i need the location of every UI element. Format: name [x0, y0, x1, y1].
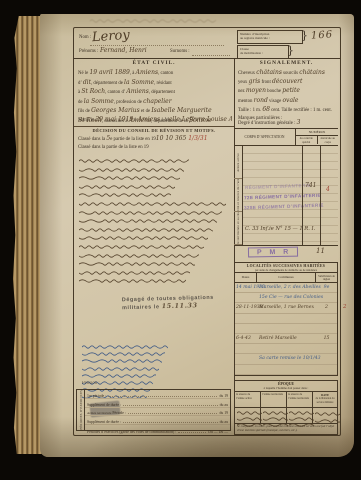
periodes-row: Supplément de durée :du au [85, 399, 230, 408]
handwritten-text: dit [83, 79, 91, 86]
epoque-entry-date [315, 411, 333, 425]
matricule-label: matricule au corps [318, 136, 339, 144]
corps-main-cell: Régiment d’Infanterie 72e Régiment d’Inf… [243, 146, 302, 245]
side-territoriale: Armée territoriale et sa réserve [234, 212, 242, 245]
corps-col-label: CORPS D’AFFECTATION [245, 135, 285, 139]
printed-text: , profession de [114, 100, 143, 105]
localites-commune [257, 365, 316, 374]
localites-date [235, 293, 257, 302]
printed-text: fils de [78, 109, 91, 114]
handwritten-text: Isabelle Marguerite [151, 107, 211, 114]
localites-date [235, 324, 257, 333]
periodes-side-label: PÉRIODES D’EXERCICES [79, 390, 83, 430]
localites-commune: Marseille, 1 rue Bernex [257, 303, 316, 312]
printed-text: Né le [78, 71, 89, 76]
handwriting-scribble [79, 210, 222, 216]
epoque-header: ÉPOQUE à laquelle l’homme doit passer da… [235, 381, 337, 392]
epoque-cell-date [313, 408, 337, 423]
localites-date [235, 344, 257, 353]
pension-label: Pension : [82, 381, 100, 386]
scan-background: Nom : Leroy Prénoms : Fernand, Henri Sur… [0, 0, 361, 480]
localites-date: 28-11-1938 [235, 303, 257, 312]
form-line: Né le 19 avril 1889, à Amiens, canton [78, 69, 232, 79]
localites-row [235, 324, 337, 334]
pmr-number: 11 [316, 247, 325, 255]
decision-title: DÉCISION DU CONSEIL DE RÉVISION ET MOTIF… [74, 128, 234, 133]
degre-line: Degré d’instruction générale : 3 [238, 119, 337, 128]
handwritten-text: ovale [282, 97, 298, 104]
etat-civil-title: ÉTAT CIVIL. [74, 60, 234, 66]
epoque-entry-2 [289, 410, 309, 428]
nom-rule [90, 44, 224, 46]
handwriting-scribble [79, 270, 190, 276]
corps-col-header: CORPS D’AFFECTATION [234, 129, 296, 145]
epoque-col-headers: la réserve de l’armée active l’armée ter… [235, 392, 337, 408]
form-line: Cheveux châtains sourcils châtains [238, 69, 337, 78]
handwriting-scribble [263, 422, 288, 428]
printed-text: Cheveux [238, 71, 256, 76]
periodes-group-label: Armée territoriale [87, 411, 111, 415]
handwriting-scribble [79, 227, 213, 233]
handwritten-text: 1/3/31 [186, 135, 207, 142]
printed-text: cent. Taille rectifiée : 1 m. cent. [270, 108, 332, 113]
corps-side-labels: Armée active Disponibilité et réserve de… [234, 146, 243, 245]
side-armee-active: Armée active [234, 146, 242, 179]
degage-date: 15.11.33 [162, 301, 198, 310]
handwritten-text: gris [249, 78, 261, 85]
localites-row: 6-4-43Retiré Marseille15 [235, 334, 337, 344]
printed-text: , canton [158, 71, 173, 76]
handwriting-scribble [315, 418, 340, 424]
form-line: de la Somme, profession de chapelier [78, 98, 232, 108]
localites-row [235, 314, 337, 324]
regiment-stamp-faint: Régiment d’Infanterie [245, 183, 311, 190]
epoque-cell-2 [287, 408, 313, 423]
handwriting-scribble [82, 373, 156, 379]
classe-brace: } [287, 44, 294, 57]
handwritten-text: Georges Marius [91, 107, 140, 114]
periodes-row-right: Du — Du — [208, 430, 228, 434]
degage-line2: militaires le [122, 304, 160, 311]
periodes-row-right: du 19 [219, 411, 228, 415]
dotted-leader [178, 431, 206, 433]
form-line: Classé dans la 5e partie de la liste en … [78, 135, 232, 144]
localites-commune [257, 314, 316, 323]
localites-row: Sa carte remise le 10/1/43 [235, 354, 337, 364]
periodes-row-label: Supplément de durée : [87, 403, 121, 407]
printed-text: à M [160, 118, 169, 123]
signalement-lines: Cheveux châtains sourcils châtainsyeux g… [238, 69, 337, 123]
handwriting-scribble [82, 366, 159, 372]
periodes-rows: 1re période :du 19Supplément de durée :d… [85, 390, 230, 430]
matricule-number: 4 [326, 186, 330, 193]
handwritten-text: découvert [272, 78, 302, 85]
handwritten-text: Amiens [136, 69, 158, 76]
handwritten-text: 29 mai 1919 [95, 116, 133, 123]
handwriting-scribble [79, 278, 186, 284]
epoque-cell-0 [235, 408, 261, 423]
handwriting-scribble [90, 18, 216, 24]
handwriting-scribble [79, 175, 180, 181]
localites-region: 15 [316, 334, 337, 343]
dotted-leader [108, 395, 217, 397]
handwriting-scribble [237, 422, 262, 428]
handwritten-text: 10 365 [163, 135, 186, 142]
handwriting-scribble [79, 184, 175, 190]
localites-row: 15e Cie — rue des Colonies [235, 293, 337, 303]
matricule-form: Nom : Leroy Prénoms : Fernand, Henri Sur… [73, 27, 341, 436]
printed-text: , département de [91, 81, 124, 86]
handwritten-text: 3 [297, 119, 301, 126]
ghost-print [90, 18, 300, 24]
localites-row: 14 mai 1933Marseille, 2 r. des Abeilles9… [235, 283, 337, 293]
epoque-title2: à laquelle l’homme doit passer dans : [235, 386, 337, 390]
periodes-table: PÉRIODES D’EXERCICES 1re période :du 19S… [76, 389, 231, 431]
epoque-col-2: la réserve de l’armée territoriale [287, 392, 313, 407]
surnoms-label: Surnoms : [170, 49, 190, 54]
periodes-row-label: Supplément de durée : [87, 420, 121, 424]
handwritten-record-block [79, 158, 229, 287]
periodes-row: Périodes d’exercices (garde des voies de… [85, 425, 230, 434]
matricule-number-col: 4 [320, 146, 338, 245]
periodes-row-right: du 19 [219, 394, 228, 398]
handwriting-scribble [79, 235, 208, 241]
handwritten-text: Amiens [126, 88, 148, 95]
localites-region [316, 314, 337, 323]
printed-text: bouche [266, 89, 282, 94]
margin-note: 2 [343, 304, 347, 310]
nom-label: Nom : [79, 35, 91, 40]
handwritten-text: St Roch [81, 88, 105, 95]
epoque-date-label-2: de la libération du service militaire [314, 397, 336, 405]
localites-row: 28-11-1938Marseille, 1 rue Bernex2 [235, 303, 337, 313]
form-line: Marié le 29 mai 1919 à Amiens à Melle Le… [78, 116, 232, 126]
numero-brace: } [301, 29, 308, 42]
handwriting-scribble [79, 261, 195, 267]
localites-col-headers: Dates Communes Subdivision de région [235, 273, 337, 283]
numero-label-2: au registre matricule : [240, 36, 300, 40]
periodes-row: Armée territorialePériode :du 19 [85, 408, 230, 417]
register-paper-page: Nom : Leroy Prénoms : Fernand, Henri Sur… [40, 14, 354, 457]
printed-text: Taille : 1 m. [238, 108, 262, 113]
handwriting-scribble [79, 244, 204, 250]
side-label-0: Armée active [236, 153, 240, 172]
form-line: à St Roch, canton d’ Amiens, département [78, 88, 232, 98]
handwriting-scribble [289, 422, 314, 428]
localites-date [235, 314, 257, 323]
localites-subtitle: par suite de changements de domicile ou … [235, 268, 337, 272]
handwritten-text: rond [254, 97, 268, 104]
localites-region [316, 344, 337, 353]
printed-text: , canton d’ [105, 90, 126, 95]
printed-text: yeux [238, 80, 249, 85]
handwriting-scribble [79, 158, 189, 164]
handwritten-text: 68 [262, 106, 270, 113]
handwriting-scribble [82, 351, 165, 357]
localites-row [235, 344, 337, 354]
divider [74, 126, 234, 127]
left-column: ÉTAT CIVIL. Né le 19 avril 1889, à Amien… [74, 58, 235, 434]
form-line: Classé dans la partie de la liste en 19 [78, 144, 232, 152]
epoque-date-col: DATE de la libération du service militai… [313, 392, 337, 407]
side-label-2: Armée territoriale et sa réserve [236, 212, 240, 245]
printed-text: e partie de la liste en 19 [110, 137, 156, 142]
dotted-leader [123, 404, 218, 406]
marie-line: Marié le 29 mai 1919 à Amiens à Melle Le… [78, 116, 232, 126]
epoque-entry-1 [263, 410, 283, 428]
epoque-table: ÉPOQUE à laquelle l’homme doit passer da… [234, 380, 338, 435]
side-disponibilite: Disponibilité et réserve de l’armée acti… [234, 179, 242, 212]
localites-table: LOCALITÉS SUCCESSIVES HABITÉES par suite… [234, 262, 338, 376]
printed-text: menton [238, 99, 254, 104]
localites-commune [257, 344, 316, 353]
localites-rows: 14 mai 1933Marseille, 2 r. des Abeilles9… [235, 283, 337, 375]
printed-text: Marié le [78, 118, 95, 123]
col-region: Subdivision de région [316, 273, 337, 282]
localites-date [235, 354, 257, 363]
printed-text: nez [238, 89, 246, 94]
printed-text: et de [140, 109, 152, 114]
localites-commune: Retiré Marseille [257, 334, 316, 343]
side-label-1: Disponibilité et réserve de l’armée acti… [236, 179, 240, 212]
localites-region: 2 [316, 303, 337, 312]
numero-value: 166 [311, 29, 334, 41]
dotted-leader [128, 412, 217, 414]
degage-stamp: Dégagé de toutes obligations militaires … [122, 295, 214, 312]
localites-row [235, 365, 337, 375]
controle-number: 741 [305, 182, 316, 189]
dotted-leader [123, 421, 218, 423]
epoque-col-1-label: l’armée territoriale [262, 393, 285, 397]
printed-text: , département [149, 90, 175, 95]
handwriting-scribble [79, 201, 226, 207]
handwritten-text: petite [282, 87, 300, 94]
epoque-col-0: la réserve de l’armée active [235, 392, 261, 407]
printed-text: , résidant [154, 81, 172, 86]
localites-region [316, 324, 337, 333]
form-line: nez moyen bouche petite [238, 87, 337, 96]
nom-value: Leroy [92, 28, 131, 46]
localites-region [316, 365, 337, 374]
handwritten-text: châtains [256, 69, 282, 76]
form-line: d’ dit, département de la Somme, résidan… [78, 79, 232, 89]
col-communes: Communes [257, 273, 316, 282]
handwriting-scribble [79, 192, 171, 198]
form-line: Degré d’instruction générale : 3 [238, 119, 337, 128]
printed-text: visage [268, 99, 283, 104]
form-line: menton rond visage ovale [238, 97, 337, 106]
localites-date: 6-4-43 [235, 334, 257, 343]
corps-table: CORPS D’AFFECTATION NUMÉROS du contrôle … [234, 128, 338, 246]
epoque-body [235, 408, 337, 423]
classe-box: Classe de mobilisation : [237, 45, 289, 59]
signalement-title: SIGNALEMENT. [234, 60, 339, 66]
printed-text: Classé dans la [78, 137, 106, 142]
handwritten-text: 19 avril 1889 [89, 69, 129, 76]
decision-lines: Classé dans la 5e partie de la liste en … [78, 135, 232, 152]
periodes-row-label: 1re période : [87, 394, 106, 398]
prenoms-label: Prénoms : [79, 49, 98, 54]
localites-commune: Sa carte remise le 10/1/43 [257, 354, 316, 363]
numero-box: Numéro d’inscription au registre matricu… [237, 30, 303, 44]
col-dates: Dates [235, 273, 257, 282]
periodes-row-right: du au [220, 420, 228, 424]
handwritten-text: la Somme [124, 79, 154, 86]
periodes-row: 1re période :du 19 [85, 390, 230, 399]
localites-date: 14 mai 1933 [235, 283, 257, 292]
periodes-row-label: Période : [112, 411, 126, 415]
handwriting-scribble [315, 411, 340, 417]
periodes-side: PÉRIODES D’EXERCICES [77, 390, 85, 430]
periodes-row-label: Périodes d’exercices (garde des voies de… [87, 430, 176, 434]
printed-text: sourcils [282, 71, 299, 76]
surnoms-rule [192, 54, 230, 56]
handwritten-text: Amiens [138, 116, 160, 123]
form-header: Nom : Leroy Prénoms : Fernand, Henri Sur… [74, 28, 340, 59]
handwritten-text: moyen [246, 87, 266, 94]
handwriting-scribble [82, 358, 162, 364]
localites-commune: 15e Cie — rue des Colonies [257, 293, 316, 302]
epoque-entry-0 [237, 410, 257, 428]
handwritten-text: elle Lefèvre Louise Augustine [169, 116, 232, 123]
handwritten-text: châtains [299, 69, 325, 76]
handwritten-text: chapelier [143, 98, 171, 105]
prenoms-value: Fernand, Henri [100, 47, 147, 54]
numeros-label: NUMÉROS [296, 129, 338, 136]
epoque-col-2-label: la réserve de l’armée territoriale [288, 393, 311, 401]
localites-date [235, 365, 257, 374]
epoque-col-0-label: la réserve de l’armée active [236, 393, 259, 401]
corps-table-body: Armée active Disponibilité et réserve de… [234, 146, 338, 245]
handwriting-scribble [79, 218, 217, 224]
handwriting-scribble [82, 344, 168, 350]
epoque-col-1: l’armée territoriale [261, 392, 287, 407]
corps-table-header: CORPS D’AFFECTATION NUMÉROS du contrôle … [234, 129, 338, 146]
handwritten-text: la Somme [84, 98, 114, 105]
right-column: SIGNALEMENT. Cheveux châtains sourcils c… [234, 58, 339, 434]
localites-region: 9e [316, 283, 337, 292]
localites-commune [257, 324, 316, 333]
controle-label: du contrôle spécial [296, 136, 318, 144]
handwriting-scribble [79, 253, 199, 259]
printed-text: Degré d’instruction générale : [238, 121, 297, 126]
handwriting-scribble [79, 167, 184, 173]
localites-header: LOCALITÉS SUCCESSIVES HABITÉES par suite… [235, 263, 337, 273]
form-line: Taille : 1 m. 68 cent. Taille rectifiée … [238, 106, 337, 115]
controle-number-col: 741 [302, 146, 320, 245]
periodes-row: Supplément de durée :du au [85, 416, 230, 425]
form-line: yeux gris front découvert [238, 78, 337, 87]
localites-commune: Marseille, 2 r. des Abeilles [257, 283, 316, 292]
localites-region [316, 354, 337, 363]
numeros-header: NUMÉROS du contrôle spécial matricule au… [296, 129, 338, 145]
pmr-stamp: P M R [248, 247, 298, 258]
periodes-row-right: du au [220, 403, 228, 407]
printed-text: front [260, 80, 272, 85]
epoque-cell-1 [261, 408, 287, 423]
classe-label-2: de mobilisation : [240, 51, 286, 55]
printed-text: Classé dans la partie de la liste en 19 [78, 145, 149, 150]
localites-region [316, 293, 337, 302]
